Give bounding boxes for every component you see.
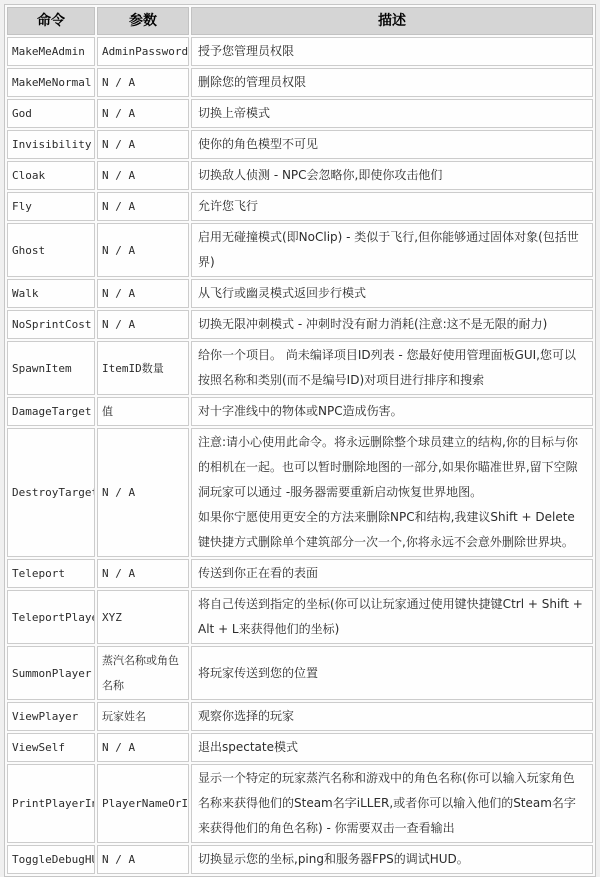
- description-cell: 切换显示您的坐标,ping和服务器FPS的调试HUD。: [191, 845, 593, 874]
- table-row: Invisibility N / A 使你的角色模型不可见: [7, 130, 593, 159]
- command-cell: DamageTarget: [7, 397, 95, 426]
- param-cell: N / A: [97, 223, 189, 277]
- description-cell: 对十字准线中的物体或NPC造成伤害。: [191, 397, 593, 426]
- command-cell: ViewPlayer: [7, 702, 95, 731]
- table-row: ViewPlayer 玩家姓名 观察你选择的玩家: [7, 702, 593, 731]
- param-cell: N / A: [97, 310, 189, 339]
- description-cell: 给你一个项目。 尚未编译项目ID列表 - 您最好使用管理面板GUI,您可以按照名…: [191, 341, 593, 395]
- command-cell: Ghost: [7, 223, 95, 277]
- command-cell: PrintPlayerInfo: [7, 764, 95, 843]
- command-reference-table: 命令 参数 描述 MakeMeAdmin AdminPassword 授予您管理…: [4, 4, 596, 877]
- description-cell: 观察你选择的玩家: [191, 702, 593, 731]
- table-row: SummonPlayer 蒸汽名称或角色名称 将玩家传送到您的位置: [7, 646, 593, 700]
- header-row: 命令 参数 描述: [7, 7, 593, 35]
- description-cell: 从飞行或幽灵模式返回步行模式: [191, 279, 593, 308]
- table-row: PrintPlayerInfo PlayerNameOrID 显示一个特定的玩家…: [7, 764, 593, 843]
- param-cell: N / A: [97, 733, 189, 762]
- param-cell: PlayerNameOrID: [97, 764, 189, 843]
- description-cell: 显示一个特定的玩家蒸汽名称和游戏中的角色名称(你可以输入玩家角色名称来获得他们的…: [191, 764, 593, 843]
- description-cell: 将自己传送到指定的坐标(你可以让玩家通过使用键快捷键Ctrl + Shift +…: [191, 590, 593, 644]
- table-row: Walk N / A 从飞行或幽灵模式返回步行模式: [7, 279, 593, 308]
- description-cell: 启用无碰撞模式(即NoClip) - 类似于飞行,但你能够通过固体对象(包括世界…: [191, 223, 593, 277]
- param-cell: N / A: [97, 845, 189, 874]
- param-cell: XYZ: [97, 590, 189, 644]
- table-row: ToggleDebugHUD N / A 切换显示您的坐标,ping和服务器FP…: [7, 845, 593, 874]
- description-cell: 切换上帝模式: [191, 99, 593, 128]
- table-row: Cloak N / A 切换敌人侦测 - NPC会忽略你,即使你攻击他们: [7, 161, 593, 190]
- command-cell: MakeMeNormal: [7, 68, 95, 97]
- table-row: MakeMeAdmin AdminPassword 授予您管理员权限: [7, 37, 593, 66]
- param-cell: N / A: [97, 161, 189, 190]
- param-cell: N / A: [97, 559, 189, 588]
- table-row: DestroyTarget N / A 注意:请小心使用此命令。将永远删除整个球…: [7, 428, 593, 557]
- param-cell: 玩家姓名: [97, 702, 189, 731]
- page: 命令 参数 描述 MakeMeAdmin AdminPassword 授予您管理…: [0, 0, 600, 841]
- description-cell: 退出spectate模式: [191, 733, 593, 762]
- description-cell: 注意:请小心使用此命令。将永远删除整个球员建立的结构,你的目标与你的相机在一起。…: [191, 428, 593, 557]
- command-cell: SummonPlayer: [7, 646, 95, 700]
- table-row: ViewSelf N / A 退出spectate模式: [7, 733, 593, 762]
- table-row: NoSprintCost N / A 切换无限冲刺模式 - 冲刺时没有耐力消耗(…: [7, 310, 593, 339]
- command-cell: Teleport: [7, 559, 95, 588]
- column-header-command: 命令: [7, 7, 95, 35]
- description-cell: 授予您管理员权限: [191, 37, 593, 66]
- param-cell: N / A: [97, 68, 189, 97]
- table-row: God N / A 切换上帝模式: [7, 99, 593, 128]
- command-cell: God: [7, 99, 95, 128]
- command-cell: TeleportPlayer: [7, 590, 95, 644]
- param-cell: N / A: [97, 428, 189, 557]
- command-cell: ToggleDebugHUD: [7, 845, 95, 874]
- param-cell: 蒸汽名称或角色名称: [97, 646, 189, 700]
- command-cell: NoSprintCost: [7, 310, 95, 339]
- param-cell: ItemID数量: [97, 341, 189, 395]
- command-cell: Invisibility: [7, 130, 95, 159]
- param-cell: N / A: [97, 279, 189, 308]
- description-cell: 传送到你正在看的表面: [191, 559, 593, 588]
- command-cell: Cloak: [7, 161, 95, 190]
- command-cell: ViewSelf: [7, 733, 95, 762]
- column-header-description: 描述: [191, 7, 593, 35]
- table-row: DamageTarget 值 对十字准线中的物体或NPC造成伤害。: [7, 397, 593, 426]
- command-cell: Walk: [7, 279, 95, 308]
- param-cell: 值: [97, 397, 189, 426]
- description-cell: 将玩家传送到您的位置: [191, 646, 593, 700]
- command-cell: Fly: [7, 192, 95, 221]
- command-cell: SpawnItem: [7, 341, 95, 395]
- command-cell: DestroyTarget: [7, 428, 95, 557]
- table-row: Ghost N / A 启用无碰撞模式(即NoClip) - 类似于飞行,但你能…: [7, 223, 593, 277]
- description-cell: 切换敌人侦测 - NPC会忽略你,即使你攻击他们: [191, 161, 593, 190]
- param-cell: AdminPassword: [97, 37, 189, 66]
- column-header-param: 参数: [97, 7, 189, 35]
- description-cell: 允许您飞行: [191, 192, 593, 221]
- table-row: Teleport N / A 传送到你正在看的表面: [7, 559, 593, 588]
- command-cell: MakeMeAdmin: [7, 37, 95, 66]
- param-cell: N / A: [97, 192, 189, 221]
- table-row: SpawnItem ItemID数量 给你一个项目。 尚未编译项目ID列表 - …: [7, 341, 593, 395]
- param-cell: N / A: [97, 99, 189, 128]
- description-cell: 使你的角色模型不可见: [191, 130, 593, 159]
- table-row: Fly N / A 允许您飞行: [7, 192, 593, 221]
- table-row: TeleportPlayer XYZ 将自己传送到指定的坐标(你可以让玩家通过使…: [7, 590, 593, 644]
- description-cell: 删除您的管理员权限: [191, 68, 593, 97]
- param-cell: N / A: [97, 130, 189, 159]
- table-row: MakeMeNormal N / A 删除您的管理员权限: [7, 68, 593, 97]
- description-cell: 切换无限冲刺模式 - 冲刺时没有耐力消耗(注意:这不是无限的耐力): [191, 310, 593, 339]
